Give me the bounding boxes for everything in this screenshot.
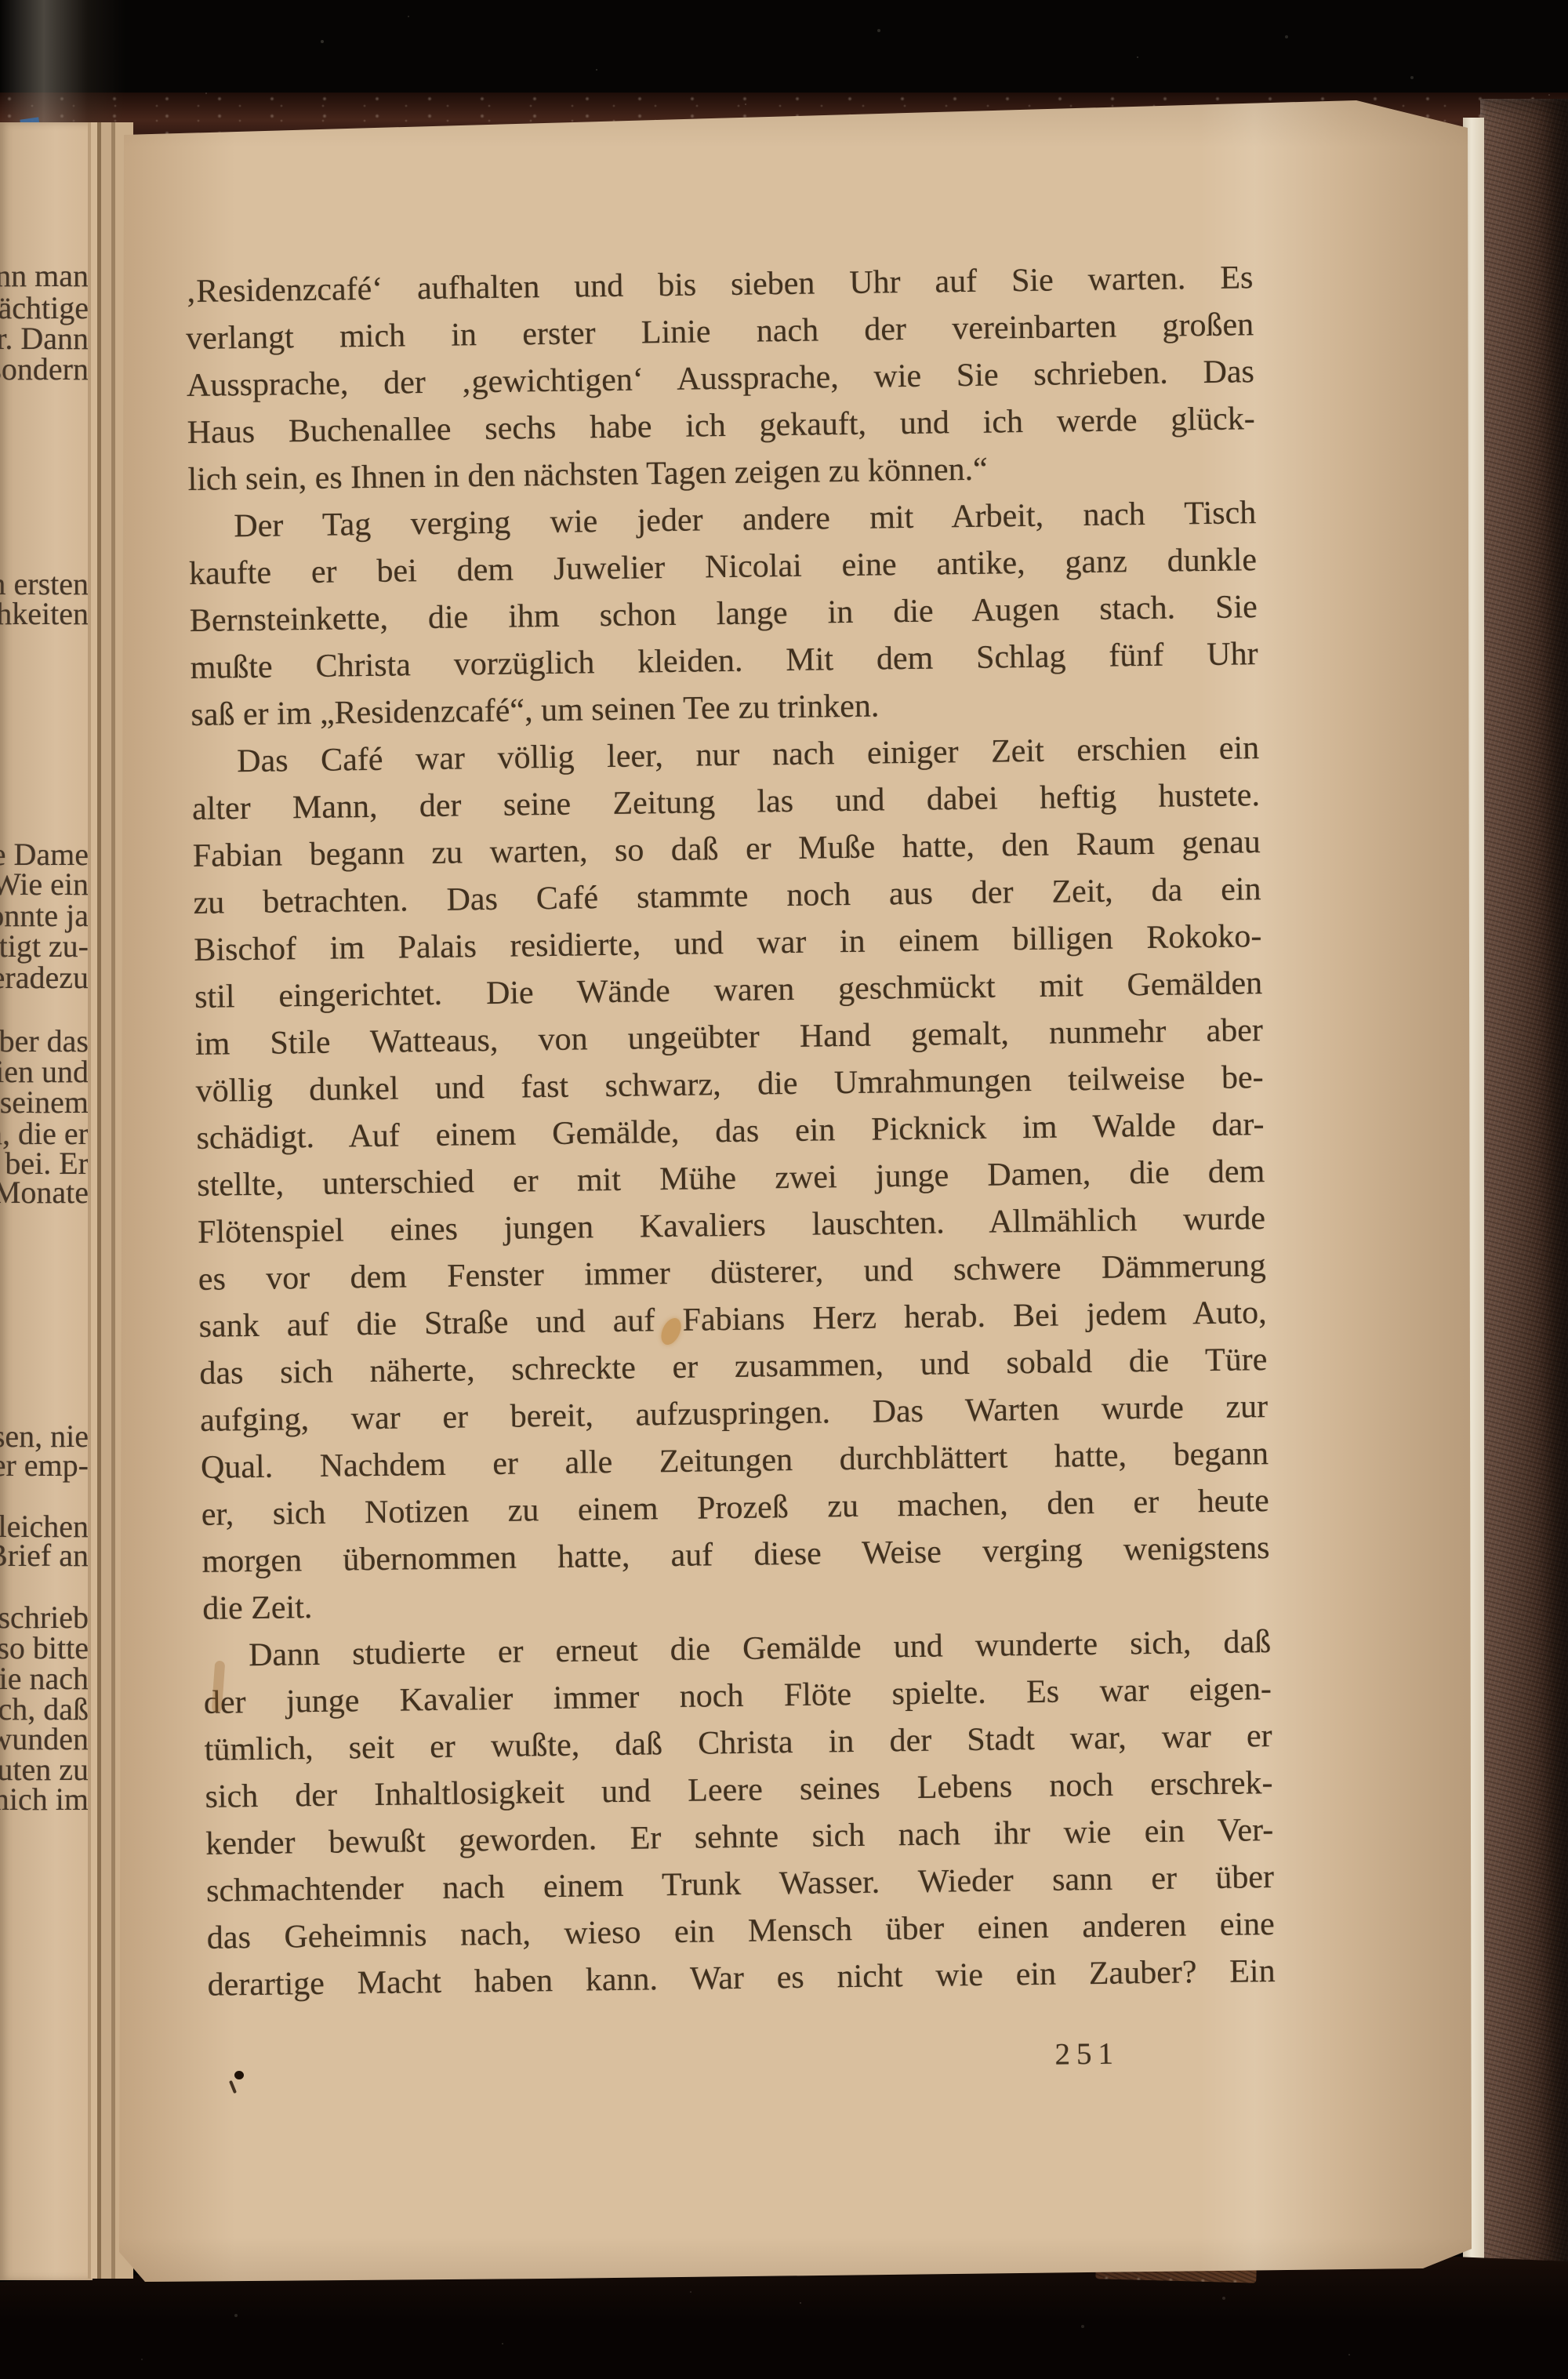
left-page-text-fragment: , mich im [0, 1782, 89, 1817]
left-page-text-fragment: d, sondern [0, 352, 89, 387]
dust-specks [0, 0, 2, 2]
left-page-text-fragment: r. Wie ein [0, 867, 89, 902]
left-page-text-fragment: bei seinem [0, 1085, 89, 1120]
page-number: 251 [209, 2034, 1276, 2083]
page-text-block: ‚Residenzcafé‘ aufhalten und bis sieben … [185, 254, 1276, 2083]
book-photo: venn man erträchtige ter. Dann d, sonder… [0, 0, 1568, 2379]
left-page-text-fragment: ichtigt zu- [0, 929, 89, 964]
book-right-cover [1480, 99, 1568, 2286]
left-page-text-fragment: lichkeiten [0, 597, 89, 631]
left-page-text-fragment: geradezu [0, 961, 89, 995]
ink-spot [234, 2071, 244, 2079]
left-page-stack-highlight [0, 0, 125, 135]
left-page-text-fragment: Brief an [0, 1538, 89, 1573]
left-page-text-fragment: n Monate [0, 1175, 89, 1210]
left-page-text-fragment: venn man [0, 259, 89, 293]
book-page: ‚Residenzcafé‘ aufhalten und bis sieben … [118, 93, 1472, 2284]
left-page-text-fragment: itter emp- [0, 1448, 89, 1483]
facing-page-edge: venn man erträchtige ter. Dann d, sonder… [0, 122, 93, 2280]
